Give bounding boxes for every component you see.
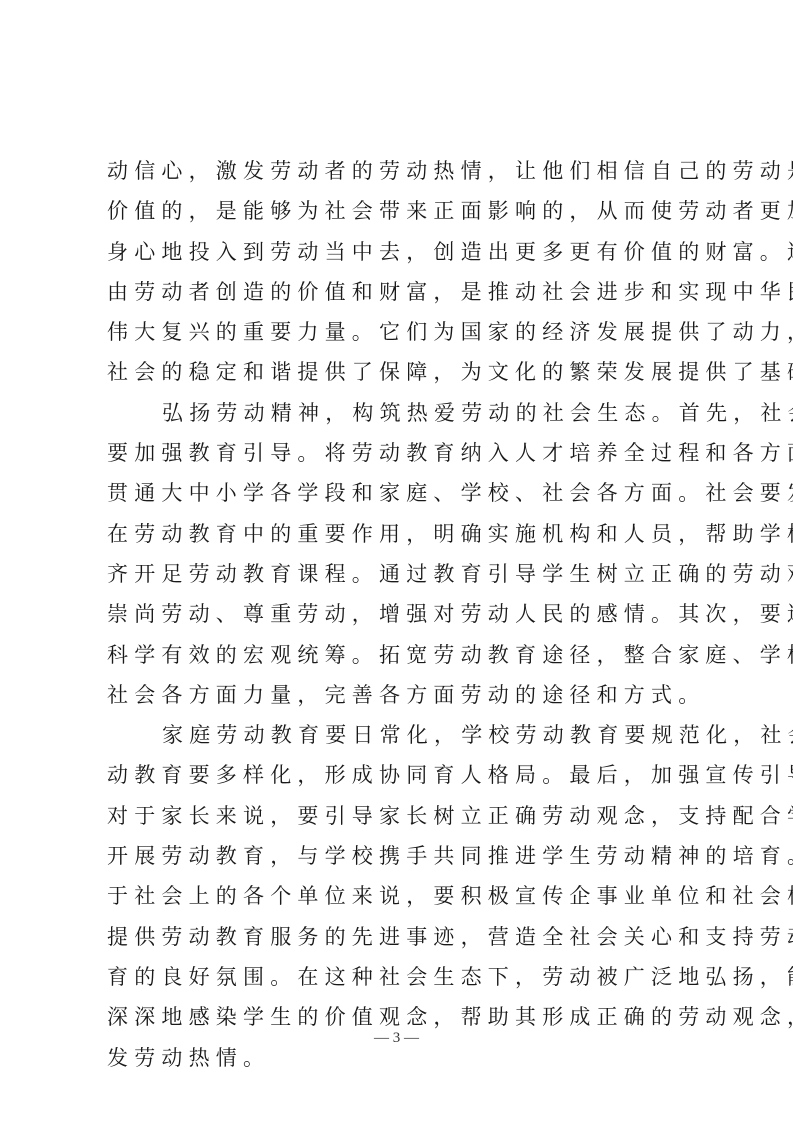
text-line: 育的良好氛围。在这种社会生态下，劳动被广泛地弘扬，能够 (107, 957, 685, 997)
text-line: 于社会上的各个单位来说，要积极宣传企事业单位和社会机构 (107, 876, 685, 916)
text-line: 社会的稳定和谐提供了保障，为文化的繁荣发展提供了基础。 (107, 352, 685, 392)
text-line: 崇尚劳动、尊重劳动，增强对劳动人民的感情。其次，要进行 (107, 594, 685, 634)
page-number: — 3 — (0, 1030, 793, 1047)
text-line: 身心地投入到劳动当中去，创造出更多更有价值的财富。这些 (107, 232, 685, 272)
paragraph-1: 动信心，激发劳动者的劳动热情，让他们相信自己的劳动是有 价值的，是能够为社会带来… (107, 151, 685, 393)
paragraph-2: 弘扬劳动精神，构筑热爱劳动的社会生态。首先，社会上 要加强教育引导。将劳动教育纳… (107, 393, 685, 715)
text-line: 齐开足劳动教育课程。通过教育引导学生树立正确的劳动观， (107, 554, 685, 594)
text-line: 在劳动教育中的重要作用，明确实施机构和人员，帮助学校开 (107, 514, 685, 554)
text-line: 要加强教育引导。将劳动教育纳入人才培养全过程和各方面， (107, 433, 685, 473)
text-line: 对于家长来说，要引导家长树立正确劳动观念，支持配合学校 (107, 796, 685, 836)
text-line: 价值的，是能够为社会带来正面影响的，从而使劳动者更加全 (107, 191, 685, 231)
paragraph-3: 家庭劳动教育要日常化，学校劳动教育要规范化，社会劳 动教育要多样化，形成协同育人… (107, 715, 685, 1078)
text-line: 社会各方面力量，完善各方面劳动的途径和方式。 (107, 675, 685, 715)
text-line: 提供劳动教育服务的先进事迹，营造全社会关心和支持劳动教 (107, 917, 685, 957)
text-line-indented: 弘扬劳动精神，构筑热爱劳动的社会生态。首先，社会上 (107, 393, 685, 433)
text-line: 动教育要多样化，形成协同育人格局。最后，加强宣传引导。 (107, 755, 685, 795)
text-line: 动信心，激发劳动者的劳动热情，让他们相信自己的劳动是有 (107, 151, 685, 191)
text-line: 开展劳动教育，与学校携手共同推进学生劳动精神的培育。对 (107, 836, 685, 876)
text-line: 由劳动者创造的价值和财富，是推动社会进步和实现中华民族 (107, 272, 685, 312)
text-line: 伟大复兴的重要力量。它们为国家的经济发展提供了动力，为 (107, 312, 685, 352)
document-page: 动信心，激发劳动者的劳动热情，让他们相信自己的劳动是有 价值的，是能够为社会带来… (0, 0, 793, 1122)
text-line: 科学有效的宏观统筹。拓宽劳动教育途径，整合家庭、学校、 (107, 635, 685, 675)
document-body: 动信心，激发劳动者的劳动热情，让他们相信自己的劳动是有 价值的，是能够为社会带来… (107, 151, 685, 1078)
text-line: 贯通大中小学各学段和家庭、学校、社会各方面。社会要发挥 (107, 473, 685, 513)
text-line-indented: 家庭劳动教育要日常化，学校劳动教育要规范化，社会劳 (107, 715, 685, 755)
